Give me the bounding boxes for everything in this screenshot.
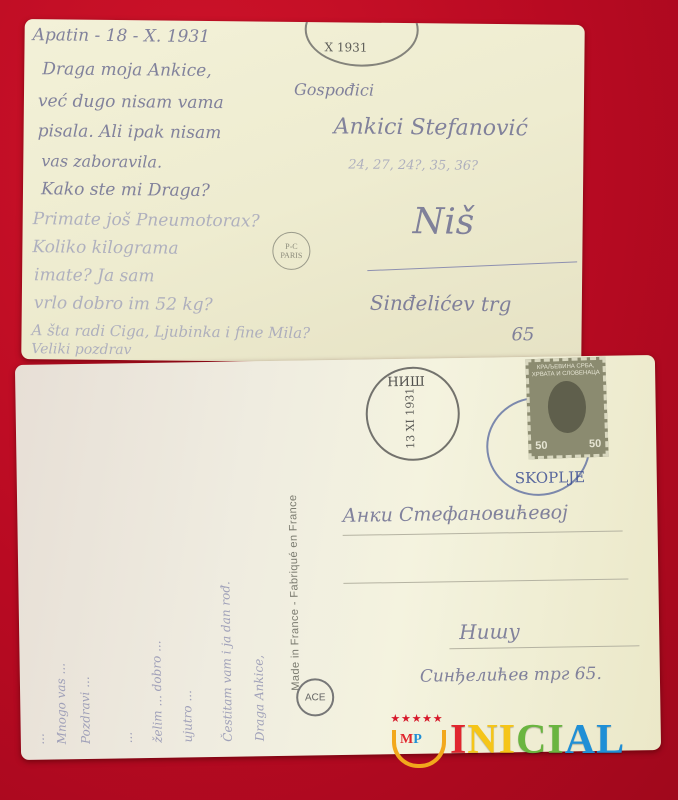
handwriting-line: Veliki pozdrav <box>31 341 131 358</box>
logo-letter: I <box>547 717 564 763</box>
king-portrait-icon <box>547 380 587 433</box>
stars-icon: ★ ★ ★ ★ ★ <box>388 712 444 725</box>
logo-letter: C <box>516 717 547 763</box>
publisher-stamp-line1: P-C <box>285 242 298 251</box>
handwriting-line: ... <box>27 385 47 745</box>
logo-letter: A <box>565 717 596 763</box>
handwriting-line: Primate još Pneumotorax? <box>33 209 260 231</box>
handwriting-line: pisala. Ali ipak nisam <box>38 121 222 143</box>
address-line: 65 <box>511 324 534 345</box>
postmark-date: X 1931 <box>324 40 367 54</box>
handwriting-line: već dugo nisam vama <box>38 91 224 113</box>
handwriting-line: Čestitam vam i ja dan rođ. <box>215 382 235 742</box>
made-in-france-text: Made in France - Fabriqué en France <box>286 411 302 691</box>
address-line: Анки Стефановићевој <box>342 501 568 527</box>
postmark-city: SKOPLJE <box>515 468 586 487</box>
handwriting-line: Draga moja Ankice, <box>42 59 212 81</box>
underline <box>367 261 577 271</box>
handwriting-line: Apatin - 18 - X. 1931 <box>33 25 211 47</box>
address-line: Нишу <box>459 619 520 644</box>
logo-letter: I <box>450 717 467 763</box>
logo-letter: L <box>596 717 625 763</box>
postage-stamp: КРАЉЕВИНА СРБА, ХРВАТА И СЛОВЕНАЦА 50 50 <box>525 357 608 460</box>
handwriting-line: Koliko kilograma <box>32 237 178 259</box>
stamp-value: 50 <box>589 438 602 450</box>
handwriting-line: ... <box>115 383 135 743</box>
handwriting-line: ujutro ... <box>175 382 195 742</box>
logo-letter: N <box>467 717 498 763</box>
publisher-stamp-line2: PARIS <box>280 251 302 260</box>
handwriting-line: Pozdravi ... <box>73 384 93 744</box>
handwriting-line: želim ... dobro ... <box>145 383 165 743</box>
handwriting-line: vrlo dobro im 52 kg? <box>34 293 213 315</box>
laurel-emblem-icon: ★ ★ ★ ★ ★ MP <box>388 712 444 768</box>
logo-letter: I <box>499 717 516 763</box>
logo-wordmark: INICIAL <box>450 716 625 764</box>
handwriting-line: A šta radi Ciga, Ljubinka i fine Mila? <box>31 321 310 342</box>
handwriting-line: vas zaboravila. <box>41 151 162 171</box>
handwriting-line: imate? Ja sam <box>34 265 155 286</box>
address-rule <box>343 578 628 583</box>
postmark-date: 13 XI 1931 <box>403 389 417 449</box>
publisher-logo-icon: ACE <box>296 678 335 717</box>
address-line: Синђелићев трг 65. <box>420 664 602 687</box>
inicial-logo: ★ ★ ★ ★ ★ MP INICIAL <box>388 712 625 768</box>
handwriting-line: Kako ste mi Draga? <box>41 179 210 201</box>
handwriting-line: Draga Ankice, <box>247 381 267 741</box>
address-rule <box>449 645 639 649</box>
address-line: Ankici Stefanović <box>334 114 528 141</box>
address-rule <box>343 531 623 536</box>
stamp-value: 50 <box>535 440 548 452</box>
handwriting-line: Mnogo vas ... <box>49 384 69 744</box>
margin-numbers: 24, 27, 24?, 35, 36? <box>348 157 478 173</box>
address-line: Gospođici <box>294 80 374 100</box>
stamp-header: КРАЉЕВИНА СРБА, ХРВАТА И СЛОВЕНАЦА <box>528 363 602 380</box>
emblem-text: MP <box>400 732 422 748</box>
publisher-stamp: P-C PARIS <box>272 232 310 270</box>
top-postcard: Apatin - 18 - X. 1931 Draga moja Ankice,… <box>21 19 585 365</box>
address-line: Niš <box>412 201 474 243</box>
address-line: Sinđelićev trg <box>370 291 512 316</box>
